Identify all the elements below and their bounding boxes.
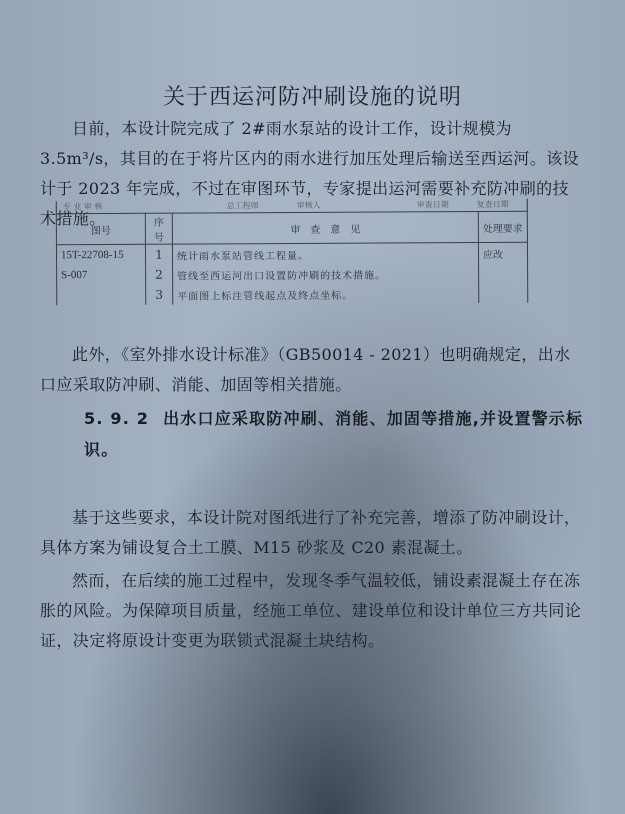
cell-opinion: 平面图上标注管线起点及终点坐标。: [173, 283, 479, 305]
cell-drawing-no: [57, 285, 146, 305]
table-header-row: 图号 序号 审 查 意 见 处理要求: [56, 211, 527, 244]
header-seq: 序号: [145, 213, 172, 244]
paragraph-standard: 此外，《室外排水设计标准》（GB50014 - 2021）也明确规定，出水口应采…: [40, 340, 585, 400]
paragraph-design-revision-text: 基于这些要求，本设计院对图纸进行了补充完善，增添了防冲刷设计，具体方案为铺设复合…: [40, 508, 580, 557]
top-strip-label: 总工程师: [227, 200, 259, 211]
cell-seq: 1: [145, 244, 172, 265]
document-page: 关于西运河防冲刷设施的说明 日前，本设计院完成了 2#雨水泵站的设计工作，设计规…: [0, 0, 625, 814]
cell-opinion: 统计雨水泵站管线工程量。: [172, 243, 478, 265]
standard-clause-quote: 5. 9. 2出水口应采取防冲刷、消能、加固等措施,并设置警示标识。: [84, 403, 594, 465]
clause-number: 5. 9. 2: [84, 409, 149, 428]
header-drawing-no: 图号: [56, 213, 145, 244]
header-opinion: 审 查 意 见: [172, 212, 478, 245]
cell-action: [479, 283, 528, 303]
paragraph-design-change: 然而，在后续的施工过程中，发现冬季气温较低，铺设素混凝土存在冻胀的风险。为保障项…: [40, 566, 585, 656]
table-row: 3 平面图上标注管线起点及终点坐标。: [57, 283, 528, 305]
table-top-strip: 专 业 审 核 总工程师 审核人 审查日期 复查日期: [56, 199, 528, 213]
paragraph-design-change-text: 然而，在后续的施工过程中，发现冬季气温较低，铺设素混凝土存在冻胀的风险。为保障项…: [40, 571, 581, 650]
cell-seq: 2: [146, 265, 173, 285]
top-strip-label: 审查日期: [417, 199, 449, 210]
paragraph-standard-text: 此外，《室外排水设计标准》（GB50014 - 2021）也明确规定，出水口应采…: [40, 345, 571, 394]
review-table-grid: 图号 序号 审 查 意 见 处理要求 15T-22708-15 1 统计雨水泵站…: [56, 211, 528, 305]
cell-action: 应改: [478, 242, 527, 263]
cell-opinion: 管线至西运河出口设置防冲刷的技术措施。: [173, 263, 479, 285]
cell-action: [479, 263, 528, 283]
cell-drawing-no: 15T-22708-15: [56, 244, 145, 265]
table-row: S-007 2 管线至西运河出口设置防冲刷的技术措施。: [57, 263, 528, 285]
header-action: 处理要求: [478, 211, 527, 242]
top-strip-label: 专 业 审 核: [63, 201, 103, 212]
review-opinion-table: 专 业 审 核 总工程师 审核人 审查日期 复查日期 图号 序号 审 查 意 见…: [56, 199, 529, 305]
table-row: 15T-22708-15 1 统计雨水泵站管线工程量。 应改: [56, 242, 527, 265]
cell-seq: 3: [146, 285, 173, 305]
top-strip-label: 审核人: [297, 200, 321, 211]
clause-text: 出水口应采取防冲刷、消能、加固等措施,并设置警示标识。: [84, 409, 583, 459]
top-strip-label: 复查日期: [477, 199, 509, 210]
cell-drawing-no: S-007: [57, 265, 146, 285]
paragraph-design-revision: 基于这些要求，本设计院对图纸进行了补充完善，增添了防冲刷设计，具体方案为铺设复合…: [40, 503, 585, 563]
document-title: 关于西运河防冲刷设施的说明: [0, 80, 625, 111]
